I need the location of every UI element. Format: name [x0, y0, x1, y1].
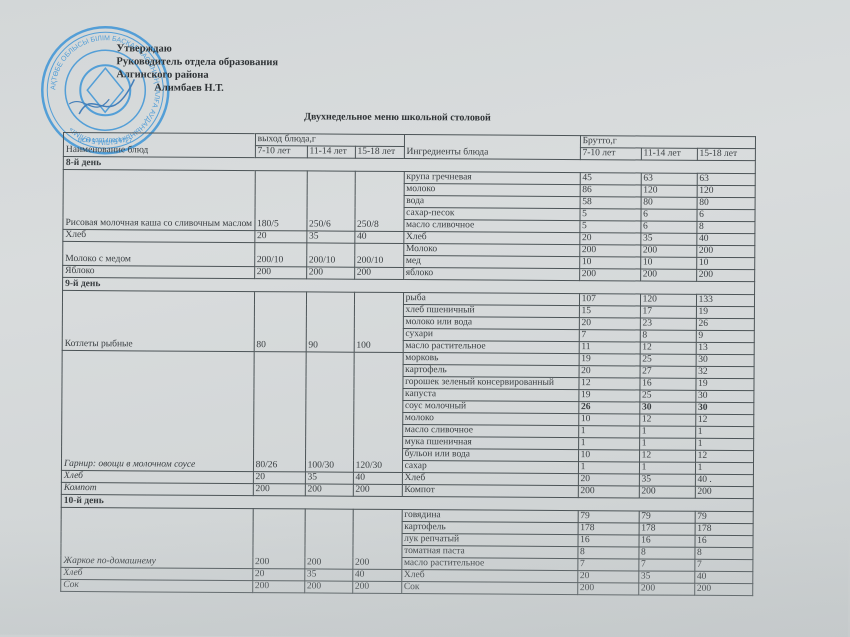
ingredient-brutto: 1 — [695, 438, 753, 450]
ingredient-brutto: 16 — [639, 535, 695, 547]
ingredient-brutto: 79 — [578, 511, 639, 523]
ingredient-brutto: 8 — [639, 547, 695, 559]
header-ingredients: Ингредиенты блюда — [404, 135, 580, 160]
dish-yield: 200 — [304, 509, 352, 569]
ingredient-name: лук репчатый — [402, 534, 578, 547]
ingredient-brutto: 1 — [639, 462, 695, 474]
dish-yield: 200 — [252, 509, 304, 569]
ingredient-brutto: 10 — [579, 257, 640, 269]
ingredient-brutto: 1 — [639, 438, 695, 450]
dish-yield: 80 — [254, 292, 306, 352]
approval-signer: Алимбаев Н.Т. — [116, 81, 278, 95]
ingredient-name: сухари — [403, 329, 579, 342]
ingredient-name: горошек зеленый консервированный — [403, 377, 579, 390]
ingredient-brutto: 79 — [639, 511, 695, 523]
ingredient-brutto: 12 — [639, 414, 695, 426]
ingredient-brutto: 8 — [695, 547, 753, 559]
ingredient-brutto: 200 — [640, 245, 696, 257]
approval-line: Утверждаю — [116, 42, 278, 56]
ingredient-brutto: 12 — [579, 378, 640, 390]
ingredient-brutto: 40 . — [695, 474, 753, 486]
ingredient-brutto: 178 — [639, 523, 695, 535]
ingredient-brutto: 26 — [696, 318, 754, 330]
dish-yield: 200 — [352, 509, 401, 569]
ingredient-brutto: 6 — [697, 209, 755, 221]
ingredient-brutto: 200 — [696, 269, 754, 281]
dish-name: Жаркое по-домашнему — [61, 507, 253, 568]
table-header-row: Наименование блюдвыход блюда,гИнгредиент… — [63, 132, 755, 148]
dish-yield: 200/10 — [354, 243, 403, 267]
ingredient-name: хлеб пшеничный — [403, 305, 579, 318]
dish-yield: 200 — [353, 484, 402, 496]
dish-yield: 100 — [354, 292, 403, 352]
ingredient-brutto: 19 — [696, 306, 754, 318]
ingredient-brutto: 30 — [695, 402, 753, 414]
dish-name: Яблоко — [63, 265, 255, 278]
ingredient-brutto: 200 — [578, 486, 639, 498]
ingredient-brutto: 200 — [640, 269, 696, 281]
ingredient-brutto: 79 — [695, 511, 753, 523]
dish-yield: 35 — [305, 472, 353, 484]
ingredient-brutto: 16 — [695, 535, 753, 547]
ingredient-name: вода — [404, 196, 580, 209]
ingredient-brutto: 1 — [695, 462, 753, 474]
ingredient-brutto: 120 — [697, 185, 755, 197]
ingredient-brutto: 1 — [578, 462, 639, 474]
ingredient-name: мед — [403, 256, 579, 269]
ingredient-brutto: 7 — [638, 559, 694, 571]
ingredient-brutto: 6 — [641, 221, 697, 233]
ingredient-brutto: 16 — [640, 378, 696, 390]
dish-name: Гарнир: овощи в молочном соусе — [61, 350, 253, 471]
dish-name: Котлеты рыбные — [62, 290, 254, 351]
approval-district: Алгинского района — [116, 68, 278, 82]
ingredient-brutto: 63 — [697, 173, 755, 185]
ingredient-brutto: 1 — [578, 438, 639, 450]
ingredient-name: масло растительное — [403, 341, 579, 354]
ingredient-brutto: 86 — [580, 185, 641, 197]
ingredient-brutto: 12 — [640, 342, 696, 354]
ingredient-brutto: 16 — [578, 535, 639, 547]
ingredient-brutto: 120 — [640, 294, 696, 306]
ingredient-name: молоко или вода — [403, 317, 579, 330]
dish-yield: 200 — [352, 581, 401, 593]
ingredient-name: мука пшеничная — [402, 437, 578, 450]
dish-yield: 20 — [254, 231, 306, 243]
ingredient-brutto: 35 — [638, 571, 694, 583]
header-age: 15-18 лет — [355, 146, 404, 158]
ingredient-brutto: 1 — [695, 426, 753, 438]
ingredient-brutto: 17 — [640, 306, 696, 318]
ingredient-brutto: 178 — [578, 523, 639, 535]
ingredient-brutto: 9 — [696, 330, 754, 342]
dish-yield: 200 — [354, 267, 403, 279]
page-title: Двухнедельное меню школьной столовой — [304, 111, 491, 123]
ingredient-brutto: 32 — [696, 366, 754, 378]
dish-yield: 20 — [252, 569, 304, 581]
header-age: 11-14 лет — [641, 148, 697, 160]
ingredient-brutto: 5 — [580, 221, 641, 233]
ingredient-brutto: 19 — [579, 354, 640, 366]
ingredient-name: бульон или вода — [402, 449, 578, 462]
dish-yield: 40 — [352, 569, 401, 581]
ingredient-brutto: 200 — [639, 486, 695, 498]
ingredient-brutto: 20 — [579, 318, 640, 330]
ingredient-name: молоко — [402, 413, 578, 426]
ingredient-name: томатная паста — [402, 546, 578, 559]
ingredient-brutto: 35 — [640, 233, 696, 245]
ingredient-brutto: 26 — [578, 402, 639, 414]
dish-yield: 200 — [254, 267, 306, 279]
dish-yield: 20 — [253, 472, 305, 484]
dish-name: Молоко с медом — [63, 241, 255, 266]
ingredient-brutto: 200 — [694, 583, 752, 595]
header-age: 11-14 лет — [307, 146, 355, 158]
ingredient-brutto: 20 — [579, 233, 640, 245]
header-yield: выход блюда,г — [255, 134, 404, 147]
header-dish-name: Наименование блюд — [63, 132, 255, 157]
ingredient-name: сахар — [402, 461, 578, 474]
dish-yield: 100/30 — [305, 352, 354, 472]
ingredient-brutto: 12 — [695, 450, 753, 462]
dish-name: Сок — [61, 579, 253, 592]
ingredient-brutto: 10 — [696, 257, 754, 269]
dish-yield: 200 — [306, 267, 354, 279]
ingredient-brutto: 23 — [640, 318, 696, 330]
ingredient-brutto: 200 — [696, 245, 754, 257]
ingredient-brutto: 5 — [580, 209, 641, 221]
dish-yield: 250/6 — [307, 171, 355, 231]
ingredient-brutto: 10 — [640, 257, 696, 269]
dish-yield: 90 — [306, 292, 354, 352]
header-brutto: Брутто,г — [580, 136, 755, 149]
ingredient-name: морковь — [403, 353, 579, 366]
dish-yield: 40 — [354, 231, 403, 243]
ingredient-brutto: 10 — [578, 414, 639, 426]
ingredient-brutto: 35 — [639, 474, 695, 486]
ingredient-name: Хлеб — [401, 570, 577, 583]
ingredient-brutto: 200 — [579, 269, 640, 281]
ingredient-name: масло сливочное — [404, 220, 580, 233]
approval-position: Руководитель отдела образования — [116, 55, 278, 69]
header-age: 15-18 лет — [697, 148, 755, 160]
ingredient-brutto: 6 — [641, 209, 697, 221]
ingredient-brutto: 13 — [696, 342, 754, 354]
ingredient-name: картофель — [403, 365, 579, 378]
ingredient-brutto: 19 — [696, 378, 754, 390]
ingredient-brutto: 40 — [694, 571, 752, 583]
ingredient-brutto: 178 — [695, 523, 753, 535]
dish-yield: 200 — [305, 484, 353, 496]
ingredient-brutto: 30 — [695, 390, 753, 402]
ingredient-name: масло сливочное — [402, 425, 578, 438]
ingredient-name: говядина — [402, 510, 578, 523]
ingredient-brutto: 7 — [694, 559, 752, 571]
ingredient-brutto: 25 — [639, 390, 695, 402]
ingredient-brutto: 19 — [578, 390, 639, 402]
ingredient-name: Хлеб — [402, 473, 578, 486]
ingredient-name: соус молочный — [402, 401, 578, 414]
ingredient-brutto: 1 — [578, 426, 639, 438]
ingredient-brutto: 1 — [639, 426, 695, 438]
ingredient-brutto: 20 — [577, 571, 638, 583]
ingredient-brutto: 107 — [579, 294, 640, 306]
ingredient-brutto: 8 — [640, 330, 696, 342]
ingredient-brutto: 133 — [696, 294, 754, 306]
ingredient-brutto: 63 — [641, 173, 697, 185]
ingredient-brutto: 200 — [579, 245, 640, 257]
ingredient-brutto: 8 — [578, 547, 639, 559]
header-age: 7-10 лет — [255, 146, 307, 158]
dish-yield: 120/30 — [353, 352, 403, 472]
dish-yield: 200/10 — [254, 243, 306, 267]
ingredient-name: картофель — [402, 522, 578, 535]
dish-yield: 40 — [353, 472, 402, 484]
ingredient-name: яблоко — [403, 268, 579, 281]
ingredient-brutto: 7 — [579, 330, 640, 342]
dish-yield: 200 — [253, 484, 305, 496]
approval-block: Утверждаю Руководитель отдела образовани… — [116, 42, 278, 95]
ingredient-brutto: 80 — [641, 197, 697, 209]
ingredient-name: крупа гречневая — [404, 172, 580, 185]
ingredient-name: Молоко — [403, 244, 579, 257]
document-page: АҚТӨБЕ ОБЛЫСЫ БІЛІМ БАСҚАРМАСЫНЫҢ «АЛҒА … — [0, 0, 850, 637]
ingredient-brutto: 200 — [577, 583, 638, 595]
ingredient-brutto: 10 — [578, 450, 639, 462]
ingredient-brutto: 30 — [696, 354, 754, 366]
ingredient-name: рыба — [403, 293, 579, 306]
ingredient-name: Сок — [401, 582, 577, 595]
dish-yield: 200/10 — [306, 243, 354, 267]
ingredient-brutto: 8 — [697, 221, 755, 233]
dish-yield: 35 — [304, 569, 352, 581]
dish-name: Компот — [61, 482, 253, 495]
ingredient-brutto: 20 — [579, 366, 640, 378]
ingredient-name: капуста — [402, 389, 578, 402]
dish-name: Рисовая молочная каша со сливочным масло… — [63, 169, 255, 230]
ingredient-brutto: 12 — [639, 450, 695, 462]
ingredient-brutto: 200 — [638, 583, 694, 595]
ingredient-name: Компот — [402, 485, 578, 498]
dish-yield: 80/26 — [253, 352, 306, 472]
ingredient-brutto: 11 — [579, 342, 640, 354]
ingredient-brutto: 27 — [640, 366, 696, 378]
ingredient-brutto: 40 — [696, 233, 754, 245]
dish-yield: 180/5 — [255, 171, 307, 231]
ingredient-brutto: 200 — [695, 486, 753, 498]
ingredient-brutto: 20 — [578, 474, 639, 486]
ingredient-brutto: 120 — [641, 185, 697, 197]
dish-yield: 200 — [252, 581, 304, 593]
ingredient-name: молоко — [404, 184, 580, 197]
ingredient-brutto: 12 — [695, 414, 753, 426]
dish-yield: 35 — [306, 231, 354, 243]
ingredient-brutto: 15 — [579, 306, 640, 318]
menu-table: Наименование блюдвыход блюда,гИнгредиент… — [60, 132, 755, 596]
ingredient-brutto: 30 — [639, 402, 695, 414]
header-age: 7-10 лет — [580, 148, 641, 160]
ingredient-name: масло растительное — [401, 558, 577, 571]
ingredient-brutto: 25 — [640, 354, 696, 366]
ingredient-brutto: 45 — [580, 173, 641, 185]
dish-yield: 200 — [304, 581, 352, 593]
dish-yield: 250/8 — [355, 171, 404, 231]
ingredient-brutto: 58 — [580, 197, 641, 209]
ingredient-name: Хлеб — [403, 232, 579, 245]
ingredient-brutto: 80 — [697, 197, 755, 209]
ingredient-name: сахар-песок — [404, 208, 580, 221]
ingredient-brutto: 7 — [577, 559, 638, 571]
